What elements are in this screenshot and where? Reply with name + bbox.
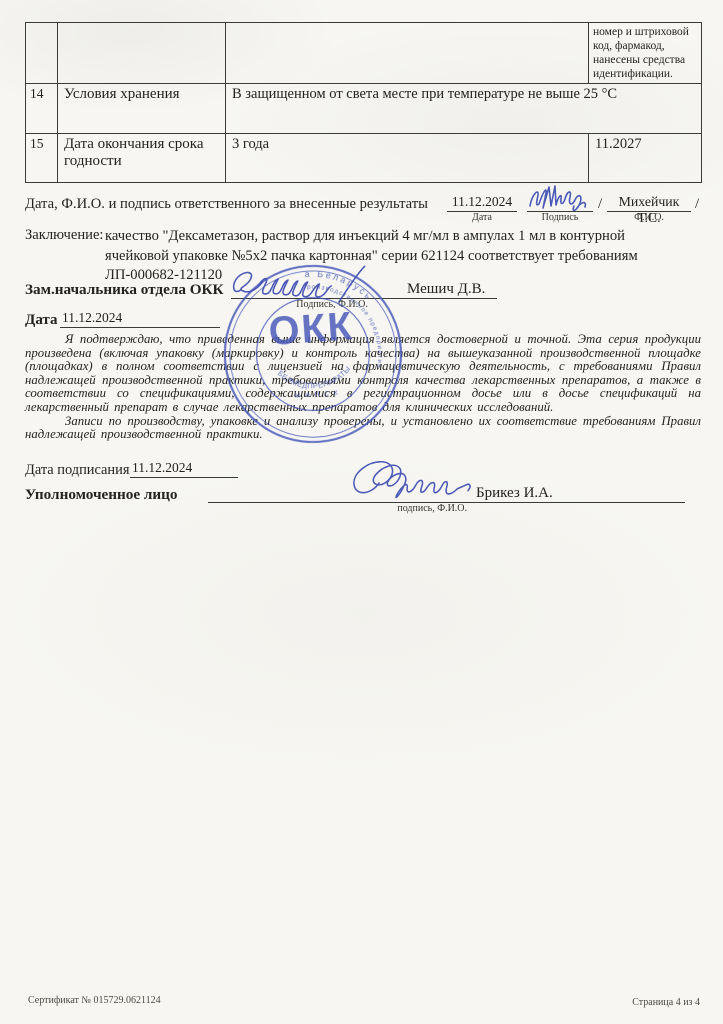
signature-brikez	[343, 454, 481, 510]
declaration-block: Я подтверждаю, что приведенная выше инфо…	[25, 333, 701, 442]
signing-date: 11.12.2024	[132, 460, 192, 475]
authorized-person-label: Уполномоченное лицо	[25, 486, 178, 504]
table-cell: 11.2027	[589, 134, 702, 183]
responsible-date: 11.12.2024	[452, 194, 512, 209]
table-cell: 14	[26, 84, 58, 134]
authorized-signature-field: Брикез И.А. подпись, Ф.И.О.	[208, 485, 685, 503]
declaration-para1: Я подтверждаю, что приведенная выше инфо…	[25, 333, 701, 415]
table-cell	[226, 23, 589, 84]
table-row-partial: номер и штриховой код, фармакод, нанесен…	[26, 23, 702, 84]
okk-date: 11.12.2024	[62, 310, 122, 325]
table-cell	[26, 23, 58, 84]
authorized-sign-sublabel: подпись, Ф.И.О.	[397, 503, 467, 514]
table-cell: Условия хранения	[58, 84, 226, 134]
table-cell: Дата окончания срока годности	[58, 134, 226, 183]
table-row-15: 15 Дата окончания срока годности 3 года …	[26, 134, 702, 183]
responsible-signature-field: Подпись	[527, 194, 593, 212]
table-cell	[58, 23, 226, 84]
conclusion-label: Заключение:	[25, 227, 105, 286]
slash: /	[598, 196, 602, 213]
spec-table: номер и штриховой код, фармакод, нанесен…	[25, 22, 702, 183]
authorized-person-name: Брикез И.А.	[476, 485, 553, 502]
date-label: Дата	[25, 312, 57, 329]
fio-sublabel: Ф.И.О.	[634, 212, 664, 223]
responsible-name-field: Михейчик Т.С. Ф.И.О.	[607, 194, 691, 212]
responsible-date-field: 11.12.2024 Дата	[447, 194, 517, 212]
okk-head-title: Зам.начальника отдела ОКК	[25, 281, 224, 299]
certificate-page: номер и штриховой код, фармакод, нанесен…	[0, 0, 723, 1024]
date-sublabel: Дата	[472, 212, 492, 223]
declaration-para2: Записи по производству, упаковке и анали…	[25, 415, 701, 442]
okk-sign-sublabel: Подпись, Ф.И.О.	[296, 299, 368, 310]
signing-date-field: 11.12.2024	[130, 460, 238, 478]
conclusion-block: Заключение: качество "Дексаметазон, раст…	[25, 227, 701, 286]
table-cell: 3 года	[226, 134, 589, 183]
table-cell: 15	[26, 134, 58, 183]
signature-mikheychik	[527, 180, 591, 214]
table-cell: В защищенном от света месте при температ…	[226, 84, 702, 134]
conclusion-line1: качество "Дексаметазон, раствор для инъе…	[105, 227, 638, 247]
sign-sublabel: Подпись	[542, 212, 579, 223]
footer-certificate-number: Сертификат № 015729.0621124	[28, 995, 161, 1006]
slash: /	[695, 196, 699, 213]
okk-signature-field: Мешич Д.В. Подпись, Ф.И.О.	[231, 281, 497, 299]
okk-date-field: 11.12.2024	[60, 310, 220, 328]
responsible-caption: Дата, Ф.И.О. и подпись ответственного за…	[25, 196, 428, 213]
signing-date-label: Дата подписания	[25, 462, 129, 479]
conclusion-line2: ячейковой упаковке №5х2 пачка картонная"…	[105, 247, 638, 267]
okk-head-name: Мешич Д.В.	[407, 281, 485, 298]
table-cell-note: номер и штриховой код, фармакод, нанесен…	[589, 23, 702, 84]
table-row-14: 14 Условия хранения В защищенном от свет…	[26, 84, 702, 134]
footer-page-number: Страница 4 из 4	[632, 997, 700, 1008]
